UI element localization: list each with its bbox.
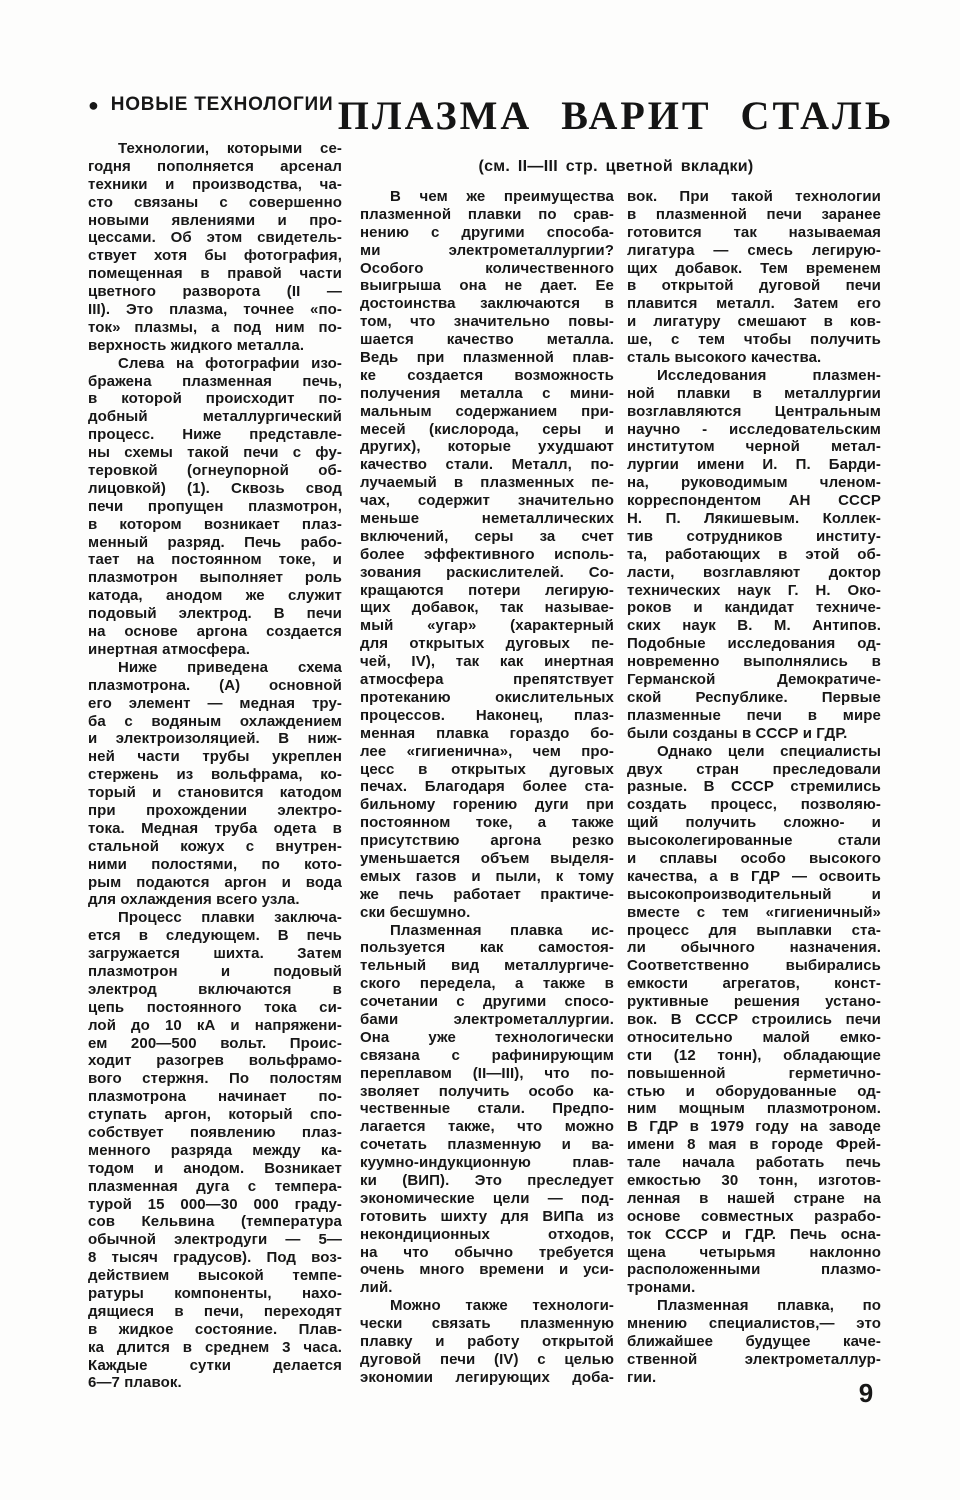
text-line: включений, серы за счет (360, 528, 614, 546)
text-line: высоколегированные стали (627, 832, 881, 850)
text-line: и электроизоляцией. В ниж- (88, 730, 342, 748)
text-line: вого стержня. По полостям (88, 1070, 342, 1088)
text-line: Ведь при плазменной плав- (360, 349, 614, 367)
text-line: и лигатуру смешают в ков- (627, 313, 881, 331)
text-line: печах. Благодаря более ста- (360, 778, 614, 796)
text-line: лигатура — смесь легирую- (627, 242, 881, 260)
text-line: ны схемы такой печи с фу- (88, 444, 342, 462)
text-line: тив сотрудников институ- (627, 528, 881, 546)
text-line: щих добавок, так называе- (360, 599, 614, 617)
text-line: корреспондентом АН СССР (627, 492, 881, 510)
text-line: цесс в открытых дуговых (360, 761, 614, 779)
text-line: повышенной герметично- (627, 1065, 881, 1083)
text-line: уменьшается объем выделя- (360, 850, 614, 868)
text-line: гии. (627, 1369, 881, 1387)
text-line: на основе аргона создается (88, 623, 342, 641)
text-line: достоинства заключаются в (360, 295, 614, 313)
text-line: готовить шихту для ВИПа из (360, 1208, 614, 1226)
text-line: имени 8 мая в городе Фрей- (627, 1136, 881, 1154)
text-line: бильному горению дуги при (360, 796, 614, 814)
text-line: ше, с тем чтобы получить (627, 331, 881, 349)
text-line: техники и производства, ча- (88, 176, 342, 194)
text-line: лучаемый в плазменных пе- (360, 474, 614, 492)
text-line: щий получить сложно- и (627, 814, 881, 832)
text-line: ке создается возможность (360, 367, 614, 385)
text-line: плазмотрона. (А) основной (88, 677, 342, 695)
text-line: менная плавка гораздо бо- (360, 725, 614, 743)
text-line: готовится так называемая (627, 224, 881, 242)
text-line: нению с другими способа- (360, 224, 614, 242)
text-line: технических наук Г. Н. Око- (627, 582, 881, 600)
text-line: в котором возникает плаз- (88, 516, 342, 534)
text-line: та, работающих в этой об- (627, 546, 881, 564)
text-line: плавится металл. Затем его (627, 295, 881, 313)
text-line: ними полостями, по кото- (88, 856, 342, 874)
text-line: руктивные решения устано- (627, 993, 881, 1011)
text-line: основе совместных разрабо- (627, 1208, 881, 1226)
text-line: верхность жидкого металла. (88, 337, 342, 355)
text-line: для охлаждения всего узла. (88, 891, 342, 909)
text-line: торый и становится катодом (88, 784, 342, 802)
text-line: Она уже технологически (360, 1029, 614, 1047)
text-line: ним мощным плазмотроном. (627, 1100, 881, 1118)
text-line: присутствию аргона резко (360, 832, 614, 850)
text-line: роков и кандидат техниче- (627, 599, 881, 617)
text-line: шается качество металла. (360, 331, 614, 349)
text-line: цессами. Об этом свидетель- (88, 229, 342, 247)
text-line: сочетании с другими спосо- (360, 993, 614, 1011)
text-line: цветного разворота (II — (88, 283, 342, 301)
text-line: турой 15 000—30 000 граду- (88, 1196, 342, 1214)
text-line: атмосфера препятствует (360, 671, 614, 689)
text-line: ласти, возглавляют доктор (627, 564, 881, 582)
text-line: Соответственно выбирались (627, 957, 881, 975)
text-line: действием высокой темпе- (88, 1267, 342, 1285)
text-line: В чем же преимущества (360, 188, 614, 206)
text-line: сочетать плазменную и ва- (360, 1136, 614, 1154)
text-line: емкости агрегатов, конст- (627, 975, 881, 993)
text-line: добный металлургический (88, 408, 342, 426)
text-line: обычной электродуги — 5— (88, 1231, 342, 1249)
text-line: ка длится в среднем 3 часа. (88, 1339, 342, 1357)
text-line: некондиционных отходов, (360, 1226, 614, 1244)
text-line: связана с рафинирующим (360, 1047, 614, 1065)
article-title: ПЛАЗМА ВАРИТ СТАЛЬ (330, 94, 902, 138)
text-line: менного разряда между ка- (88, 1142, 342, 1160)
text-line: институтом черной метал- (627, 438, 881, 456)
text-line: печи пропущен плазмотрон, (88, 498, 342, 516)
text-line: Технологии, которыми се- (88, 140, 342, 158)
text-line: разные. В СССР стремились (627, 778, 881, 796)
text-line: дящиеся в печи, переходят (88, 1303, 342, 1321)
text-line: катода, анодом же служит (88, 587, 342, 605)
text-line: ется в следующем. В печь (88, 927, 342, 945)
text-line: были созданы в СССР и ГДР. (627, 725, 881, 743)
text-line: Германской Демократиче- (627, 671, 881, 689)
text-line: ли обычного назначения. (627, 939, 881, 957)
text-line: Н. П. Лякишевым. Коллек- (627, 510, 881, 528)
text-line: ток» плазмы, а под ним по- (88, 319, 342, 337)
text-line: ственной электрометаллур- (627, 1351, 881, 1369)
text-line: процесс. Ниже представле- (88, 426, 342, 444)
text-line: тале начала работать печь (627, 1154, 881, 1172)
text-line: более эффективного исполь- (360, 546, 614, 564)
text-line: Плазменная плавка ис- (360, 922, 614, 940)
text-line: новыми явлениями и про- (88, 212, 342, 230)
text-line: электрод включаются в (88, 981, 342, 999)
text-line: бами электрометаллургии. (360, 1011, 614, 1029)
text-line: ки (ВИП). Это преследует (360, 1172, 614, 1190)
text-line: зования раскислителей. Со- (360, 564, 614, 582)
text-line: месей (кислорода, серы и (360, 421, 614, 439)
text-line: тельный вид металлургиче- (360, 957, 614, 975)
text-line: протеканию окислительных (360, 689, 614, 707)
text-line: вок. При такой технологии (627, 188, 881, 206)
text-line: плазменной плавки по срав- (360, 206, 614, 224)
text-line: качества, а в ГДР — освоить (627, 868, 881, 886)
text-line: ной плавки в металлургии (627, 385, 881, 403)
text-column-left: Технологии, которыми се-годня пополняетс… (88, 140, 342, 1392)
text-line: меньше неметаллических (360, 510, 614, 528)
text-line: относительно малой емко- (627, 1029, 881, 1047)
text-line: сто связаны с совершенно (88, 194, 342, 212)
text-line: ских наук В. М. Антипов. (627, 617, 881, 635)
text-line: пользуется как самостоя- (360, 939, 614, 957)
text-line: ба с водяным охлаждением (88, 713, 342, 731)
text-line: мый «угар» (характерный (360, 617, 614, 635)
text-line: вместе с тем «гигиеничный» (627, 904, 881, 922)
text-line: ней части трубы укреплен (88, 748, 342, 766)
text-line: новременно выполнялись в (627, 653, 881, 671)
text-line: Однако цели специалисты (627, 743, 881, 761)
text-line: плазмотрон выполняет роль (88, 569, 342, 587)
text-line: ем 200—500 вольт. Проис- (88, 1035, 342, 1053)
text-line: лий. (360, 1279, 614, 1297)
text-line: вок. В СССР строились печи (627, 1011, 881, 1029)
text-line: других), которые ухудшают (360, 438, 614, 456)
section-header: ● НОВЫЕ ТЕХНОЛОГИИ (88, 94, 333, 116)
text-column-middle: В чем же преимуществаплазменной плавки п… (360, 188, 614, 1387)
text-line: ближайшее будущее каче- (627, 1333, 881, 1351)
text-line: ской Республике. Первые (627, 689, 881, 707)
page-number: 9 (846, 1378, 886, 1409)
text-line: Процесс плавки заключа- (88, 909, 342, 927)
text-line: Исследования плазмен- (627, 367, 881, 385)
text-line: ступать аргон, который спо- (88, 1106, 342, 1124)
text-line: в плазменной печи заранее (627, 206, 881, 224)
text-line: мнению специалистов,— это (627, 1315, 881, 1333)
text-line: ми электрометаллургии? (360, 242, 614, 260)
text-line: щена четырьмя наклонно (627, 1244, 881, 1262)
text-line: переплавом (II—III), что по- (360, 1065, 614, 1083)
text-line: ленная в нашей стране на (627, 1190, 881, 1208)
text-line: Особого количественного (360, 260, 614, 278)
article-subtitle: (см. II—III стр. цветной вкладки) (330, 158, 902, 176)
text-line: мальным содержанием при- (360, 403, 614, 421)
text-line: рым подаются аргон и вода (88, 874, 342, 892)
text-line: инертная атмосфера. (88, 641, 342, 659)
section-label: НОВЫЕ ТЕХНОЛОГИИ (111, 94, 334, 116)
text-line: Слева на фотографии изо- (88, 355, 342, 373)
text-line: плазмотрона начинает по- (88, 1088, 342, 1106)
text-line: Плазменная плавка, по (627, 1297, 881, 1315)
text-line: процессов. Наконец, плаз- (360, 707, 614, 725)
text-line: очень много времени и уси- (360, 1261, 614, 1279)
text-line: сов Кельвина (температура (88, 1213, 342, 1231)
text-line: получения металла с мини- (360, 385, 614, 403)
text-line: помещенная в правой части (88, 265, 342, 283)
text-line: экономические цели — под- (360, 1190, 614, 1208)
text-line: для открытых дуговых пе- (360, 635, 614, 653)
text-line: ток СССР и ГДР. Печь осна- (627, 1226, 881, 1244)
text-line: чей, IV), так как инертная (360, 653, 614, 671)
text-line: лургии имени И. П. Барди- (627, 456, 881, 474)
text-line: Можно также технологи- (360, 1297, 614, 1315)
text-line: подовый электрод. В печи (88, 605, 342, 623)
text-line: ходит разогрев вольфрамо- (88, 1052, 342, 1070)
text-line: цепь постоянного тока си- (88, 999, 342, 1017)
text-line: экономии легирующих доба- (360, 1369, 614, 1387)
text-line: плавку и работу открытой (360, 1333, 614, 1351)
text-line: расположенными плазмо- (627, 1261, 881, 1279)
text-line: в которой происходит по- (88, 390, 342, 408)
text-line: его элемент — медная тру- (88, 695, 342, 713)
text-line: сти (12 тонн), обладающие (627, 1047, 881, 1065)
text-column-right: вок. При такой технологиив плазменной пе… (627, 188, 881, 1387)
text-line: двух стран преследовали (627, 761, 881, 779)
text-line: создать процесс, позволяю- (627, 796, 881, 814)
text-line: чески связать плазменную (360, 1315, 614, 1333)
text-line: 8 тысяч градусов). Под воз- (88, 1249, 342, 1267)
text-line: 6—7 плавок. (88, 1374, 342, 1392)
text-line: емкостью 30 тонн, изготов- (627, 1172, 881, 1190)
text-line: процесс для выплавки ста- (627, 922, 881, 940)
text-line: загружается шихта. Затем (88, 945, 342, 963)
text-line: постоянном токе, а также (360, 814, 614, 832)
text-line: в открытой дуговой печи (627, 277, 881, 295)
magazine-page: ● НОВЫЕ ТЕХНОЛОГИИ ПЛАЗМА ВАРИТ СТАЛЬ (с… (0, 0, 960, 1500)
text-line: III). Это плазма, точнее «по- (88, 301, 342, 319)
text-line: собствует появлению плаз- (88, 1124, 342, 1142)
text-line: стержень из вольфрама, ко- (88, 766, 342, 784)
text-line: годня пополняется арсенал (88, 158, 342, 176)
text-line: чественные стали. Предпо- (360, 1100, 614, 1118)
text-line: кращаются потери легирую- (360, 582, 614, 600)
text-line: же печь работает практиче- (360, 886, 614, 904)
text-line: выигрыша она не дает. Ее (360, 277, 614, 295)
text-line: емых газов и пыли, к тому (360, 868, 614, 886)
text-line: Ниже приведена схема (88, 659, 342, 677)
text-line: бражена плазменная печь, (88, 373, 342, 391)
text-line: менный разряд. Печь рабо- (88, 534, 342, 552)
text-line: зволяет получить особо ка- (360, 1083, 614, 1101)
text-line: Каждые сутки делается (88, 1357, 342, 1375)
text-line: стью и оборудованные од- (627, 1083, 881, 1101)
text-line: на что обычно требуется (360, 1244, 614, 1262)
text-line: ски бесшумно. (360, 904, 614, 922)
text-line: возглавляются Центральным (627, 403, 881, 421)
text-line: лой до 10 кА и напряжени- (88, 1017, 342, 1035)
text-line: лицовкой) (1). Сквозь свод (88, 480, 342, 498)
text-line: тока. Медная труба одета в (88, 820, 342, 838)
text-line: теровкой (огнеупорной об- (88, 462, 342, 480)
text-line: В ГДР в 1979 году на заводе (627, 1118, 881, 1136)
bullet-icon: ● (88, 96, 100, 114)
text-line: чах, содержит значительно (360, 492, 614, 510)
text-line: лее «гигиенична», чем про- (360, 743, 614, 761)
text-line: научно - исследовательским (627, 421, 881, 439)
text-line: качество стали. Металл, по- (360, 456, 614, 474)
text-line: Подобные исследования од- (627, 635, 881, 653)
text-line: тодом и анодом. Возникает (88, 1160, 342, 1178)
text-line: стальной кожух с внутрен- (88, 838, 342, 856)
text-line: высокопроизводительный и (627, 886, 881, 904)
text-line: при прохождении электро- (88, 802, 342, 820)
text-line: лагается также, что можно (360, 1118, 614, 1136)
text-line: тронами. (627, 1279, 881, 1297)
text-line: на, руководимым членом- (627, 474, 881, 492)
text-line: щих добавок. Тем временем (627, 260, 881, 278)
text-line: плазменная дуга с темпера- (88, 1178, 342, 1196)
text-line: плазменные печи в мире (627, 707, 881, 725)
text-line: том, что значительно повы- (360, 313, 614, 331)
text-line: ствует хотя бы фотография, (88, 247, 342, 265)
text-line: дуговой печи (IV) с целью (360, 1351, 614, 1369)
text-line: тает на постоянном токе, и (88, 551, 342, 569)
text-line: ского передела, а также в (360, 975, 614, 993)
text-line: плазмотрон и подовый (88, 963, 342, 981)
text-line: сталь высокого качества. (627, 349, 881, 367)
text-line: ратуры компоненты, нахо- (88, 1285, 342, 1303)
text-line: в жидкое состояние. Плав- (88, 1321, 342, 1339)
text-line: и сплавы особо высокого (627, 850, 881, 868)
text-line: куумно-индукционную плав- (360, 1154, 614, 1172)
